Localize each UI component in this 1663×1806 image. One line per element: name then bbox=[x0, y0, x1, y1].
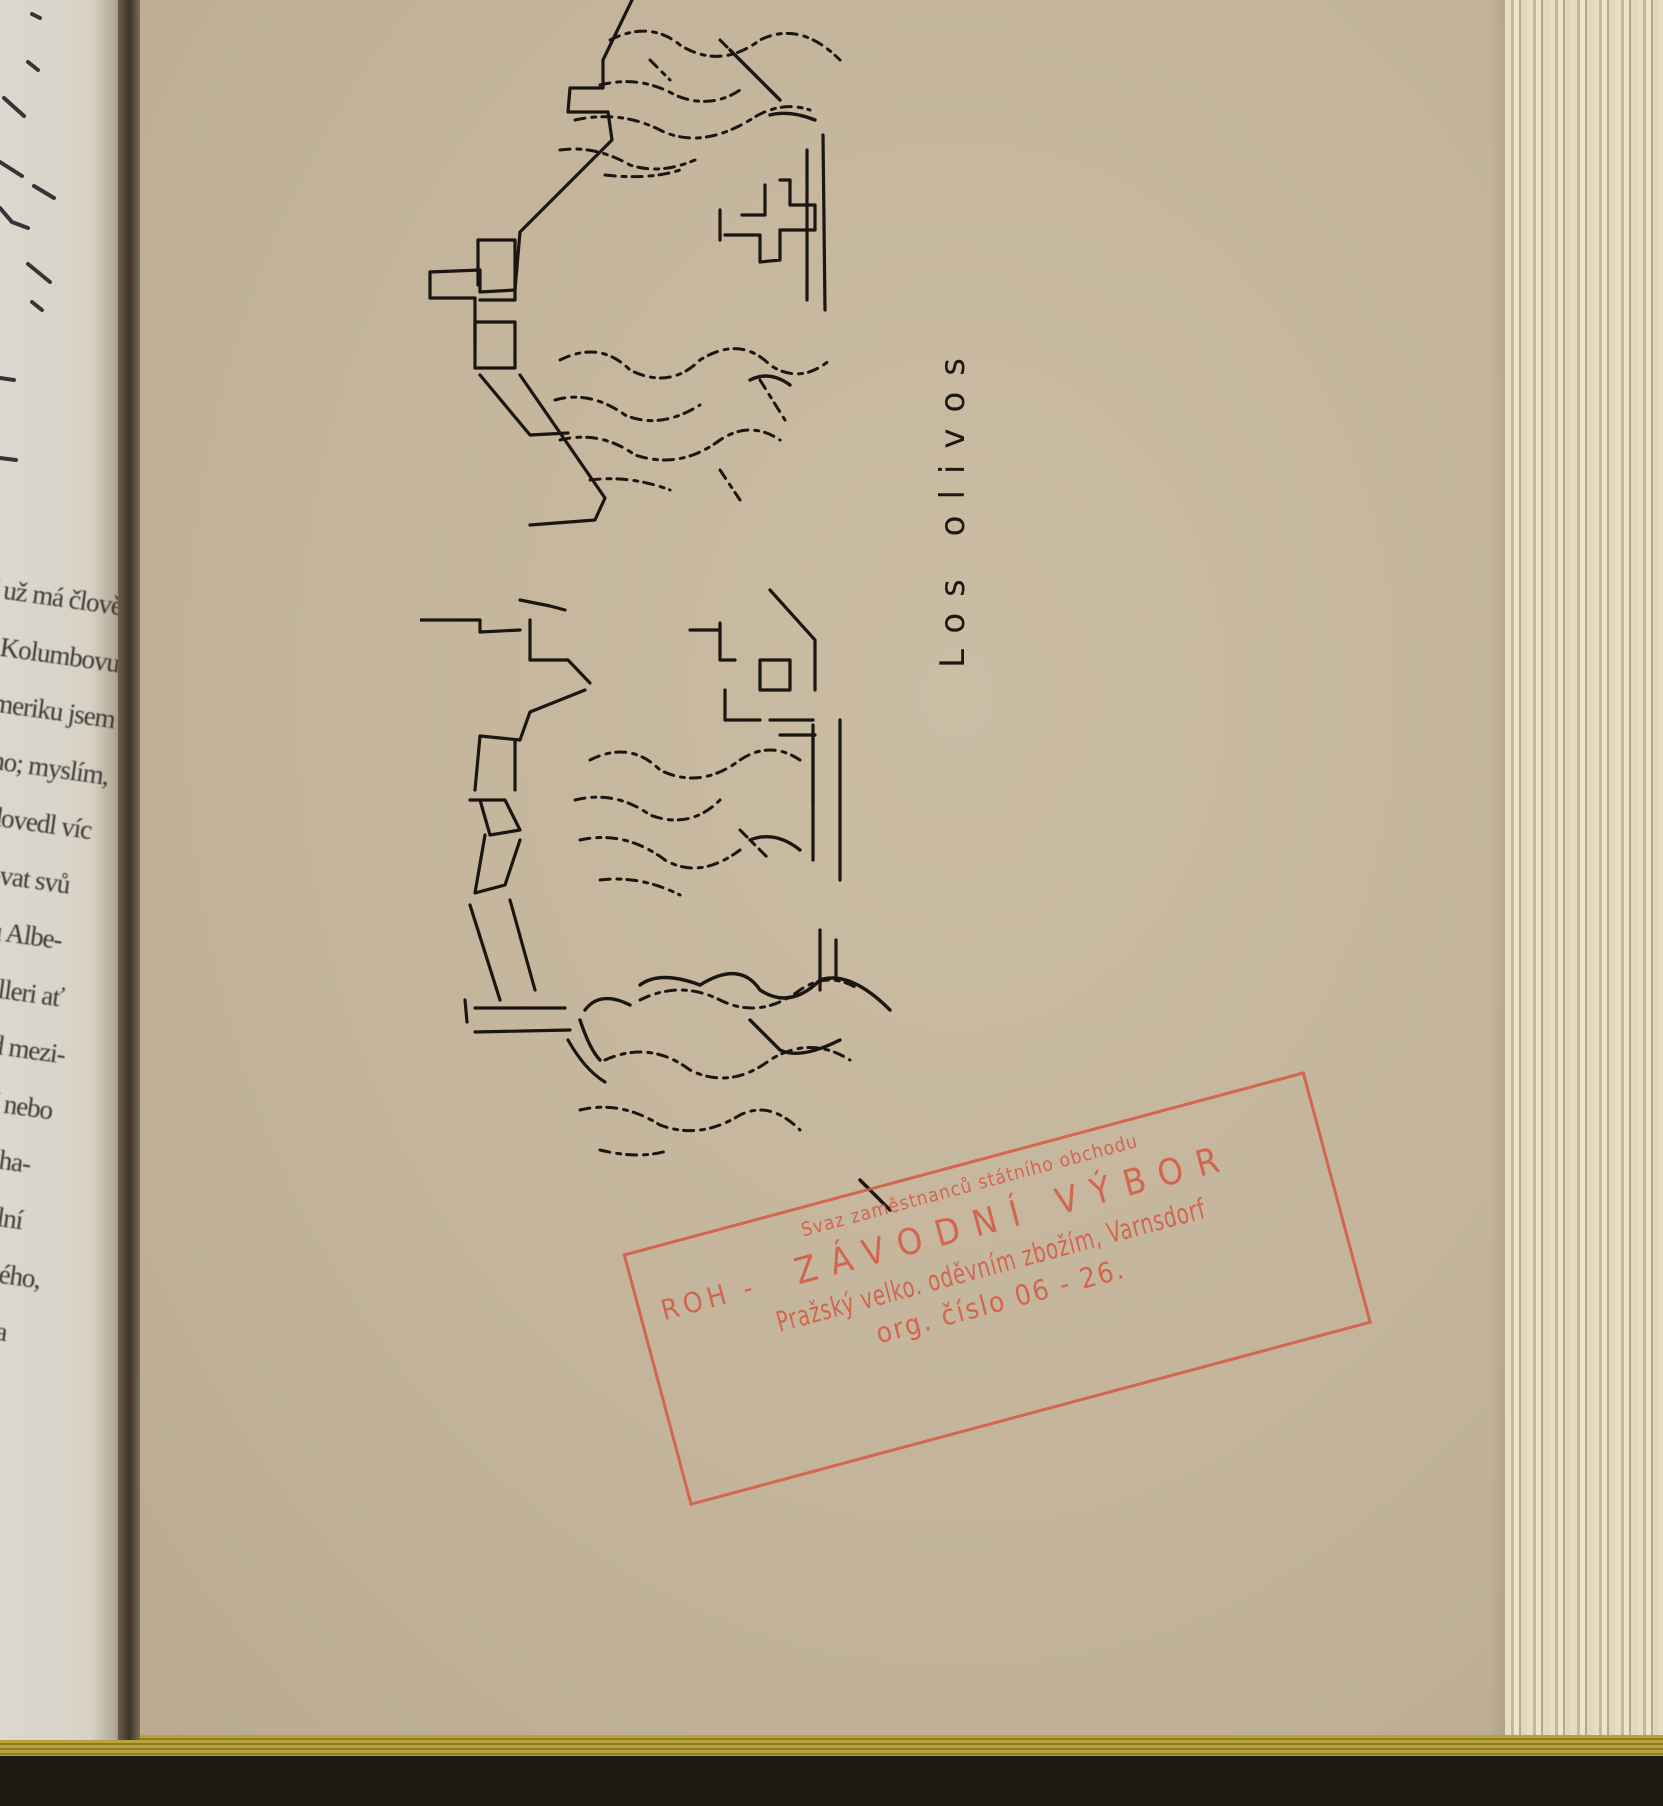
left-page: ř už má člověk u Kolumbovu, Ameriku jsem… bbox=[0, 0, 130, 1740]
table-surface bbox=[0, 1756, 1663, 1806]
left-page-text: ř už má člověk u Kolumbovu, Ameriku jsem… bbox=[0, 560, 113, 1416]
book-photo: ř už má člověk u Kolumbovu, Ameriku jsem… bbox=[0, 0, 1663, 1806]
page-stack-edges bbox=[1505, 0, 1663, 1735]
illustration-caption: Los olivos bbox=[933, 342, 973, 668]
book-gutter bbox=[118, 0, 140, 1740]
left-page-drawing-strokes bbox=[0, 0, 120, 480]
olive-trees-illustration bbox=[420, 0, 940, 1230]
